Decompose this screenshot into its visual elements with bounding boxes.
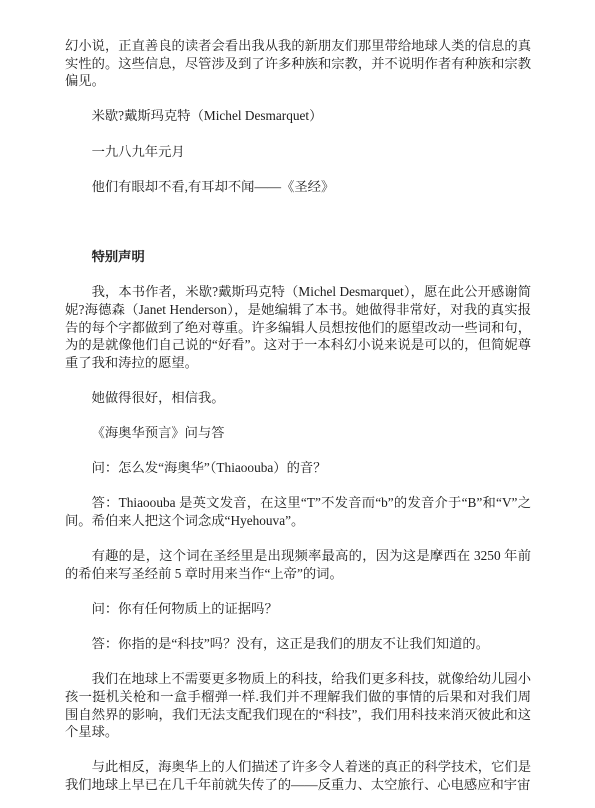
paragraph: 一九八九年元月 <box>65 143 531 161</box>
paragraph: 我，本书作者，米歇?戴斯玛克特（Michel Desmarquet），愿在此公开… <box>65 283 531 371</box>
paragraph: 《海奥华预言》问与答 <box>65 424 531 442</box>
paragraph: 与此相反，海奥华上的人们描述了许多令人着迷的真正的科学技术，它们是我们地球上早已… <box>65 758 531 793</box>
paragraph: 特别声明 <box>65 248 531 266</box>
page-text-block: 幻小说，正直善良的读者会看出我从我的新朋友们那里带给地球人类的信息的真实性的。这… <box>65 37 531 794</box>
paragraph: 答：Thiaoouba 是英文发音，在这里“T”不发音而“b”的发音介于“B”和… <box>65 494 531 529</box>
paragraph: 问：怎么发“海奥华”（Thiaoouba）的音？ <box>65 459 531 477</box>
paragraph: 有趣的是，这个词在圣经里是出现频率最高的，因为这是摩西在 3250 年前的希伯来… <box>65 547 531 582</box>
paragraph: 答：你指的是“科技”吗？没有，这正是我们的朋友不让我们知道的。 <box>65 635 531 653</box>
paragraph: 我们在地球上不需要更多物质上的科技，给我们更多科技，就像给幼儿园小孩一挺机关枪和… <box>65 670 531 740</box>
paragraph: 米歇?戴斯玛克特（Michel Desmarquet） <box>65 107 531 125</box>
paragraph: 问：你有任何物质上的证据吗？ <box>65 600 531 618</box>
paragraph: 幻小说，正直善良的读者会看出我从我的新朋友们那里带给地球人类的信息的真实性的。这… <box>65 37 531 90</box>
paragraph: 他们有眼却不看,有耳却不闻——《圣经》 <box>65 178 531 196</box>
document-page: 幻小说，正直善良的读者会看出我从我的新朋友们那里带给地球人类的信息的真实性的。这… <box>0 0 595 808</box>
paragraph: 她做得很好，相信我。 <box>65 389 531 407</box>
